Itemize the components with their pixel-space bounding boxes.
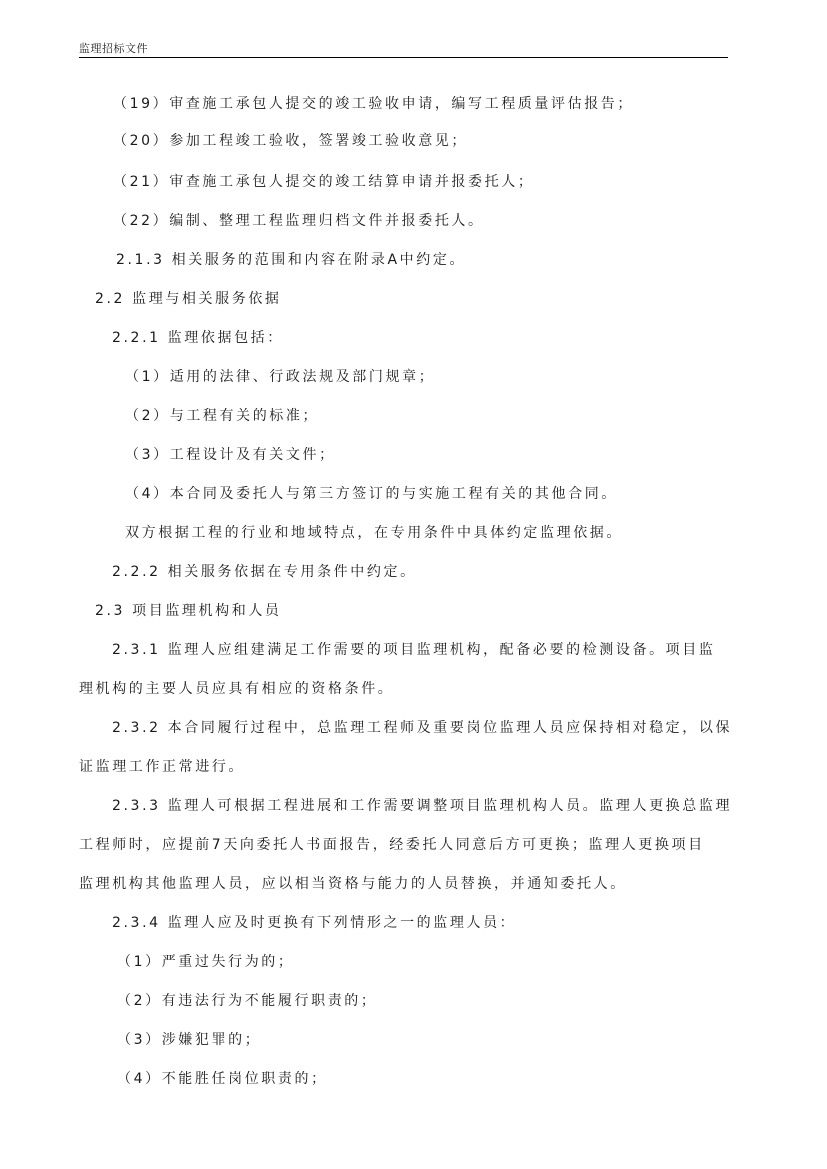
clause-2-3-1-line2: 理机构的主要人员应具有相应的资格条件。 [79, 680, 394, 698]
clause-2-3-3-line3: 监理机构其他监理人员，应以相当资格与能力的人员替换，并通知委托人。 [79, 875, 627, 893]
clause-2-3-1-line1: 2.3.1 监理人应组建满足工作需要的项目监理机构，配备必要的检测设备。项目监 [112, 641, 715, 659]
list-item-basis-2: （2）与工程有关的标准； [125, 407, 319, 425]
basis-note: 双方根据工程的行业和地域特点，在专用条件中具体约定监理依据。 [125, 524, 623, 542]
page-header: 监理招标文件 [79, 38, 728, 58]
clause-2-3-2-line1: 2.3.2 本合同履行过程中，总监理工程师及重要岗位监理人员应保持相对稳定，以保 [112, 719, 732, 737]
clause-2-3-3-line2: 工程师时，应提前7天向委托人书面报告，经委托人同意后方可更换；监理人更换项目 [79, 836, 705, 854]
list-item-20: （20）参加工程竣工验收，签署竣工验收意见； [113, 132, 468, 150]
clause-2-3-2-line2: 证监理工作正常进行。 [79, 758, 245, 776]
clause-2-1-3: 2.1.3 相关服务的范围和内容在附录A中约定。 [116, 251, 466, 269]
section-heading-2-2: 2.2 监理与相关服务依据 [95, 290, 282, 308]
list-item-replace-3: （3）涉嫌犯罪的； [117, 1031, 261, 1049]
list-item-22: （22）编制、整理工程监理归档文件并报委托人。 [113, 212, 485, 230]
clause-2-3-4: 2.3.4 监理人应及时更换有下列情形之一的监理人员： [112, 914, 516, 932]
list-item-19: （19）审查施工承包人提交的竣工验收申请，编写工程质量评估报告； [113, 95, 634, 113]
list-item-replace-2: （2）有违法行为不能履行职责的； [117, 992, 378, 1010]
clause-2-3-3-line1: 2.3.3 监理人可根据工程进展和工作需要调整项目监理机构人员。监理人更换总监理 [112, 797, 732, 815]
list-item-basis-3: （3）工程设计及有关文件； [125, 446, 336, 464]
clause-2-2-1: 2.2.1 监理依据包括： [112, 329, 284, 347]
list-item-basis-1: （1）适用的法律、行政法规及部门规章； [125, 368, 435, 386]
list-item-basis-4: （4）本合同及委托人与第三方签订的与实施工程有关的其他合同。 [125, 485, 618, 503]
list-item-replace-4: （4）不能胜任岗位职责的； [117, 1070, 328, 1088]
list-item-21: （21）审查施工承包人提交的竣工结算申请并报委托人； [113, 173, 534, 191]
list-item-replace-1: （1）严重过失行为的； [117, 953, 295, 971]
header-title: 监理招标文件 [79, 40, 148, 56]
section-heading-2-3: 2.3 项目监理机构和人员 [95, 602, 282, 620]
clause-2-2-2: 2.2.2 相关服务依据在专用条件中约定。 [112, 563, 417, 581]
